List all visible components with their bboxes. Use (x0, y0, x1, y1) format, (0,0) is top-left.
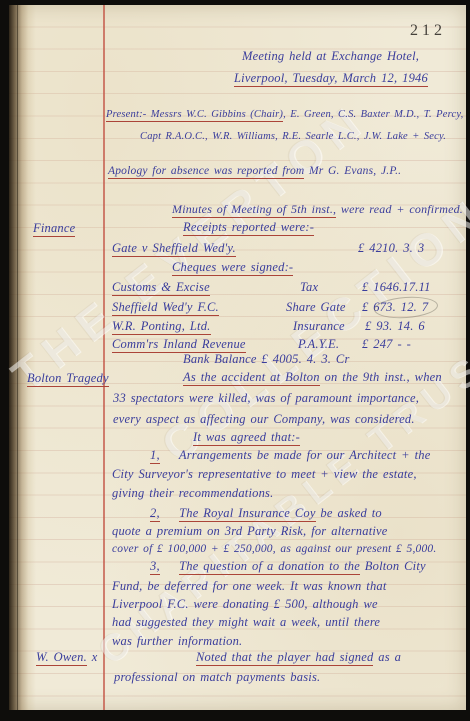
item-1-line-1-seg-0: 1, (150, 448, 160, 464)
handwriting-layer: Meeting held at Exchange Hotel,Liverpool… (0, 0, 470, 721)
owen-note-line-1-seg-1: as a (373, 650, 401, 664)
margin-label-bolton-tragedy: Bolton Tragedy (27, 371, 109, 386)
item-2-line-2-seg-0: quote a premium on 3rd Party Risk, for a… (112, 524, 388, 538)
heading-venue-seg-0: Meeting held at Exchange Hotel, (242, 49, 419, 63)
agreed-heading-seg-0: It was agreed that:- (193, 430, 300, 446)
cheque-row-customs-excise-seg-1: Tax (300, 280, 318, 295)
owen-note-line-2-seg-0: professional on match payments basis. (114, 670, 320, 684)
item-1-line-1: 1, Arrangements be made for our Architec… (150, 448, 431, 463)
margin-label-finance-seg-0: Finance (33, 221, 75, 237)
item-2-line-1-seg-3: be asked to (316, 506, 382, 520)
bolton-line-2-seg-0: 33 spectators were killed, was of paramo… (113, 391, 419, 405)
item-1-line-1-seg-1: Arrangements be made for our Architect +… (160, 448, 431, 462)
bolton-line-2: 33 spectators were killed, was of paramo… (113, 391, 419, 406)
cheque-row-inland-revenue-seg-2: £ 247 - - (362, 337, 411, 352)
heading-venue: Meeting held at Exchange Hotel, (242, 49, 419, 64)
item-2-line-2: quote a premium on 3rd Party Risk, for a… (112, 524, 388, 539)
item-3-line-3: Liverpool F.C. were donating £ 500, alth… (112, 597, 378, 612)
item-1-line-3: giving their recommendations. (112, 486, 273, 501)
receipts-heading-seg-0: Receipts reported were:- (183, 220, 314, 236)
owen-note-line-1: Noted that the player had signed as a (196, 650, 401, 665)
margin-label-owen-seg-0: W. Owen. (36, 650, 87, 666)
receipt-row-gate-seg-0: Gate v Sheffield Wed'y. (112, 241, 236, 257)
present-line-1-seg-1: , E. Green, C.S. Baxter M.D., T. Percy, (283, 109, 463, 120)
item-3-line-1-seg-1 (160, 559, 179, 573)
item-3-line-1-seg-3: Bolton City (360, 559, 426, 573)
cheque-row-sheffield: Sheffield Wed'y F.C.Share Gate£ 673. 12.… (112, 300, 219, 315)
cheques-heading: Cheques were signed:- (172, 260, 293, 275)
bolton-line-3: every aspect as affecting our Company, w… (113, 412, 415, 427)
owen-note-line-2: professional on match payments basis. (114, 670, 320, 685)
item-3-line-4-seg-0: had suggested they might wait a week, un… (112, 615, 380, 629)
receipt-row-gate: Gate v Sheffield Wed'y.£ 4210. 3. 3 (112, 241, 236, 256)
item-2-line-1-seg-0: 2, (150, 506, 160, 522)
bolton-line-1: As the accident at Bolton on the 9th ins… (183, 370, 442, 385)
item-2-line-1-seg-2: The Royal Insurance Coy (179, 506, 316, 522)
cheque-row-customs-excise: Customs & ExciseTax£ 1646.17.11 (112, 280, 210, 295)
cheque-row-sheffield-seg-0: Sheffield Wed'y F.C. (112, 300, 219, 316)
receipt-row-gate-seg-1: £ 4210. 3. 3 (358, 241, 424, 256)
owen-note-line-1-seg-0: Noted that the player had signed (196, 650, 373, 666)
cheques-heading-seg-0: Cheques were signed:- (172, 260, 293, 276)
bank-balance-line-seg-0: Bank Balance £ 4005. 4. 3. Cr (183, 352, 350, 366)
minutes-line-seg-0: Minutes of Meeting of 5th inst., (172, 202, 336, 218)
cheque-row-inland-revenue: Comm'rs Inland RevenueP.A.Y.E.£ 247 - - (112, 337, 246, 352)
item-3-line-2: Fund, be deferred for one week. It was k… (112, 579, 387, 594)
receipts-heading: Receipts reported were:- (183, 220, 314, 235)
margin-label-finance: Finance (33, 221, 75, 236)
margin-label-owen-seg-1: x (87, 650, 98, 664)
item-3-line-1-seg-2: The question of a donation to the (179, 559, 360, 575)
item-1-line-2-seg-0: City Surveyor's representative to meet +… (112, 467, 417, 481)
item-1-line-2: City Surveyor's representative to meet +… (112, 467, 417, 482)
item-2-line-1-seg-1 (160, 506, 179, 520)
item-3-line-5-seg-0: was further information. (112, 634, 242, 648)
cheque-row-inland-revenue-seg-0: Comm'rs Inland Revenue (112, 337, 246, 353)
item-3-line-1: 3, The question of a donation to the Bol… (150, 559, 426, 574)
margin-label-bolton-tragedy-seg-0: Bolton Tragedy (27, 371, 109, 387)
item-3-line-5: was further information. (112, 634, 242, 649)
present-line-1-seg-0: Present:- Messrs W.C. Gibbins (Chair) (106, 109, 283, 122)
present-line-2-seg-0: Capt R.A.O.C., W.R. Williams, R.E. Searl… (140, 131, 446, 142)
apology-line-seg-1: Mr G. Evans, J.P.. (304, 165, 401, 177)
agreed-heading: It was agreed that:- (193, 430, 300, 445)
cheque-row-sheffield-seg-1: Share Gate (286, 300, 346, 315)
bolton-line-1-seg-1: on the 9th inst., when (320, 370, 442, 384)
item-1-line-3-seg-0: giving their recommendations. (112, 486, 273, 500)
margin-label-owen: W. Owen. x (36, 650, 97, 665)
bolton-line-3-seg-0: every aspect as affecting our Company, w… (113, 412, 415, 426)
apology-line-seg-0: Apology for absence was reported from (108, 165, 304, 179)
item-3-line-4: had suggested they might wait a week, un… (112, 615, 380, 630)
item-3-line-1-seg-0: 3, (150, 559, 160, 575)
apology-line: Apology for absence was reported from Mr… (108, 164, 401, 179)
cheque-row-ponting-seg-0: W.R. Ponting, Ltd. (112, 319, 211, 335)
cheque-row-ponting-seg-2: £ 93. 14. 6 (365, 319, 425, 334)
item-3-line-2-seg-0: Fund, be deferred for one week. It was k… (112, 579, 387, 593)
heading-date: Liverpool, Tuesday, March 12, 1946 (234, 71, 428, 86)
heading-date-seg-0: Liverpool, Tuesday, March 12, 1946 (234, 71, 428, 87)
scanned-minute-book-page: THE EVERTON COLLECTION CHARITABLE TRUST … (0, 0, 470, 721)
item-2-line-3-seg-0: cover of £ 100,000 + £ 250,000, as again… (112, 543, 436, 555)
present-line-2: Capt R.A.O.C., W.R. Williams, R.E. Searl… (140, 129, 446, 144)
cheque-row-ponting: W.R. Ponting, Ltd.Insurance£ 93. 14. 6 (112, 319, 211, 334)
bolton-line-1-seg-0: As the accident at Bolton (183, 370, 320, 386)
minutes-line: Minutes of Meeting of 5th inst., were re… (172, 202, 463, 217)
minutes-line-seg-1: were read + confirmed. (336, 202, 463, 216)
item-2-line-3: cover of £ 100,000 + £ 250,000, as again… (112, 542, 436, 557)
cheque-row-customs-excise-seg-0: Customs & Excise (112, 280, 210, 296)
cheque-row-inland-revenue-seg-1: P.A.Y.E. (298, 337, 339, 352)
cheque-row-ponting-seg-1: Insurance (293, 319, 345, 334)
present-line-1: Present:- Messrs W.C. Gibbins (Chair), E… (106, 107, 463, 122)
cheque-row-customs-excise-seg-2: £ 1646.17.11 (362, 280, 431, 295)
bank-balance-line: Bank Balance £ 4005. 4. 3. Cr (183, 352, 350, 367)
item-3-line-3-seg-0: Liverpool F.C. were donating £ 500, alth… (112, 597, 378, 611)
item-2-line-1: 2, The Royal Insurance Coy be asked to (150, 506, 382, 521)
